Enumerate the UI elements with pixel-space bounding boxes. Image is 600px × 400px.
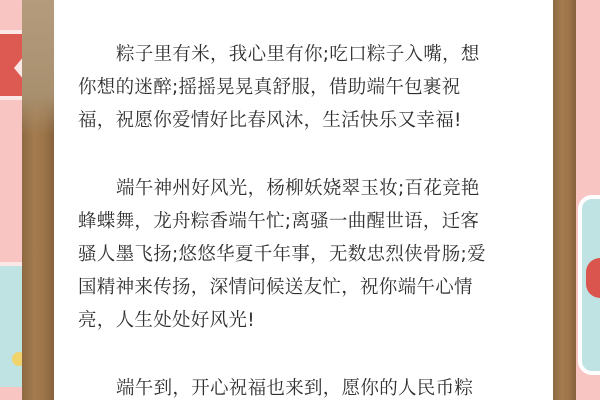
right-wooden-frame — [553, 0, 576, 400]
paragraph-2: 端午神州好风光，杨柳妖娆翠玉妆;百花竞艳 蜂蝶舞，龙舟粽香端午忙;离骚一曲醒世语… — [78, 172, 538, 337]
paragraph-1: 粽子里有米，我心里有你;吃口粽子入嘴，想 你想的迷醉;摇摇晃晃真舒服，借助端午包… — [78, 38, 538, 137]
text-line: 福，祝愿你爱情好比春风沐，生活快乐又幸福! — [78, 104, 538, 137]
paper-sheet: 粽子里有米，我心里有你;吃口粽子入嘴，想 你想的迷醉;摇摇晃晃真舒服，借助端午包… — [54, 0, 553, 400]
text-line: 你想的迷醉;摇摇晃晃真舒服，借助端午包裹祝 — [78, 71, 538, 104]
blue-cloud-decoration — [0, 262, 24, 387]
text-line: 蜂蝶舞，龙舟粽香端午忙;离骚一曲醒世语，迁客 — [78, 205, 538, 238]
text-line: 端午神州好风光，杨柳妖娆翠玉妆;百花竞艳 — [78, 172, 538, 205]
text-line: 粽子里有米，我心里有你;吃口粽子入嘴，想 — [78, 38, 538, 71]
paragraph-3: 端午到，开心祝福也来到，愿你的人民币粽 — [78, 372, 538, 400]
text-line: 端午到，开心祝福也来到，愿你的人民币粽 — [78, 372, 538, 400]
text-line: 国精神来传扬，深情问候送友忙，祝你端午心情 — [78, 271, 538, 304]
text-line: 骚人墨飞扬;悠悠华夏千年事，无数忠烈侠骨肠;爱 — [78, 238, 538, 271]
left-decorative-background — [0, 0, 24, 400]
right-decorative-background — [576, 0, 600, 400]
greeting-card-image: 粽子里有米，我心里有你;吃口粽子入嘴，想 你想的迷醉;摇摇晃晃真舒服，借助端午包… — [0, 0, 600, 400]
text-line: 亮，人生处处好风光! — [78, 304, 538, 337]
red-heart-decoration — [586, 258, 600, 298]
left-wooden-frame — [22, 0, 54, 400]
red-flag-decoration — [0, 30, 24, 100]
